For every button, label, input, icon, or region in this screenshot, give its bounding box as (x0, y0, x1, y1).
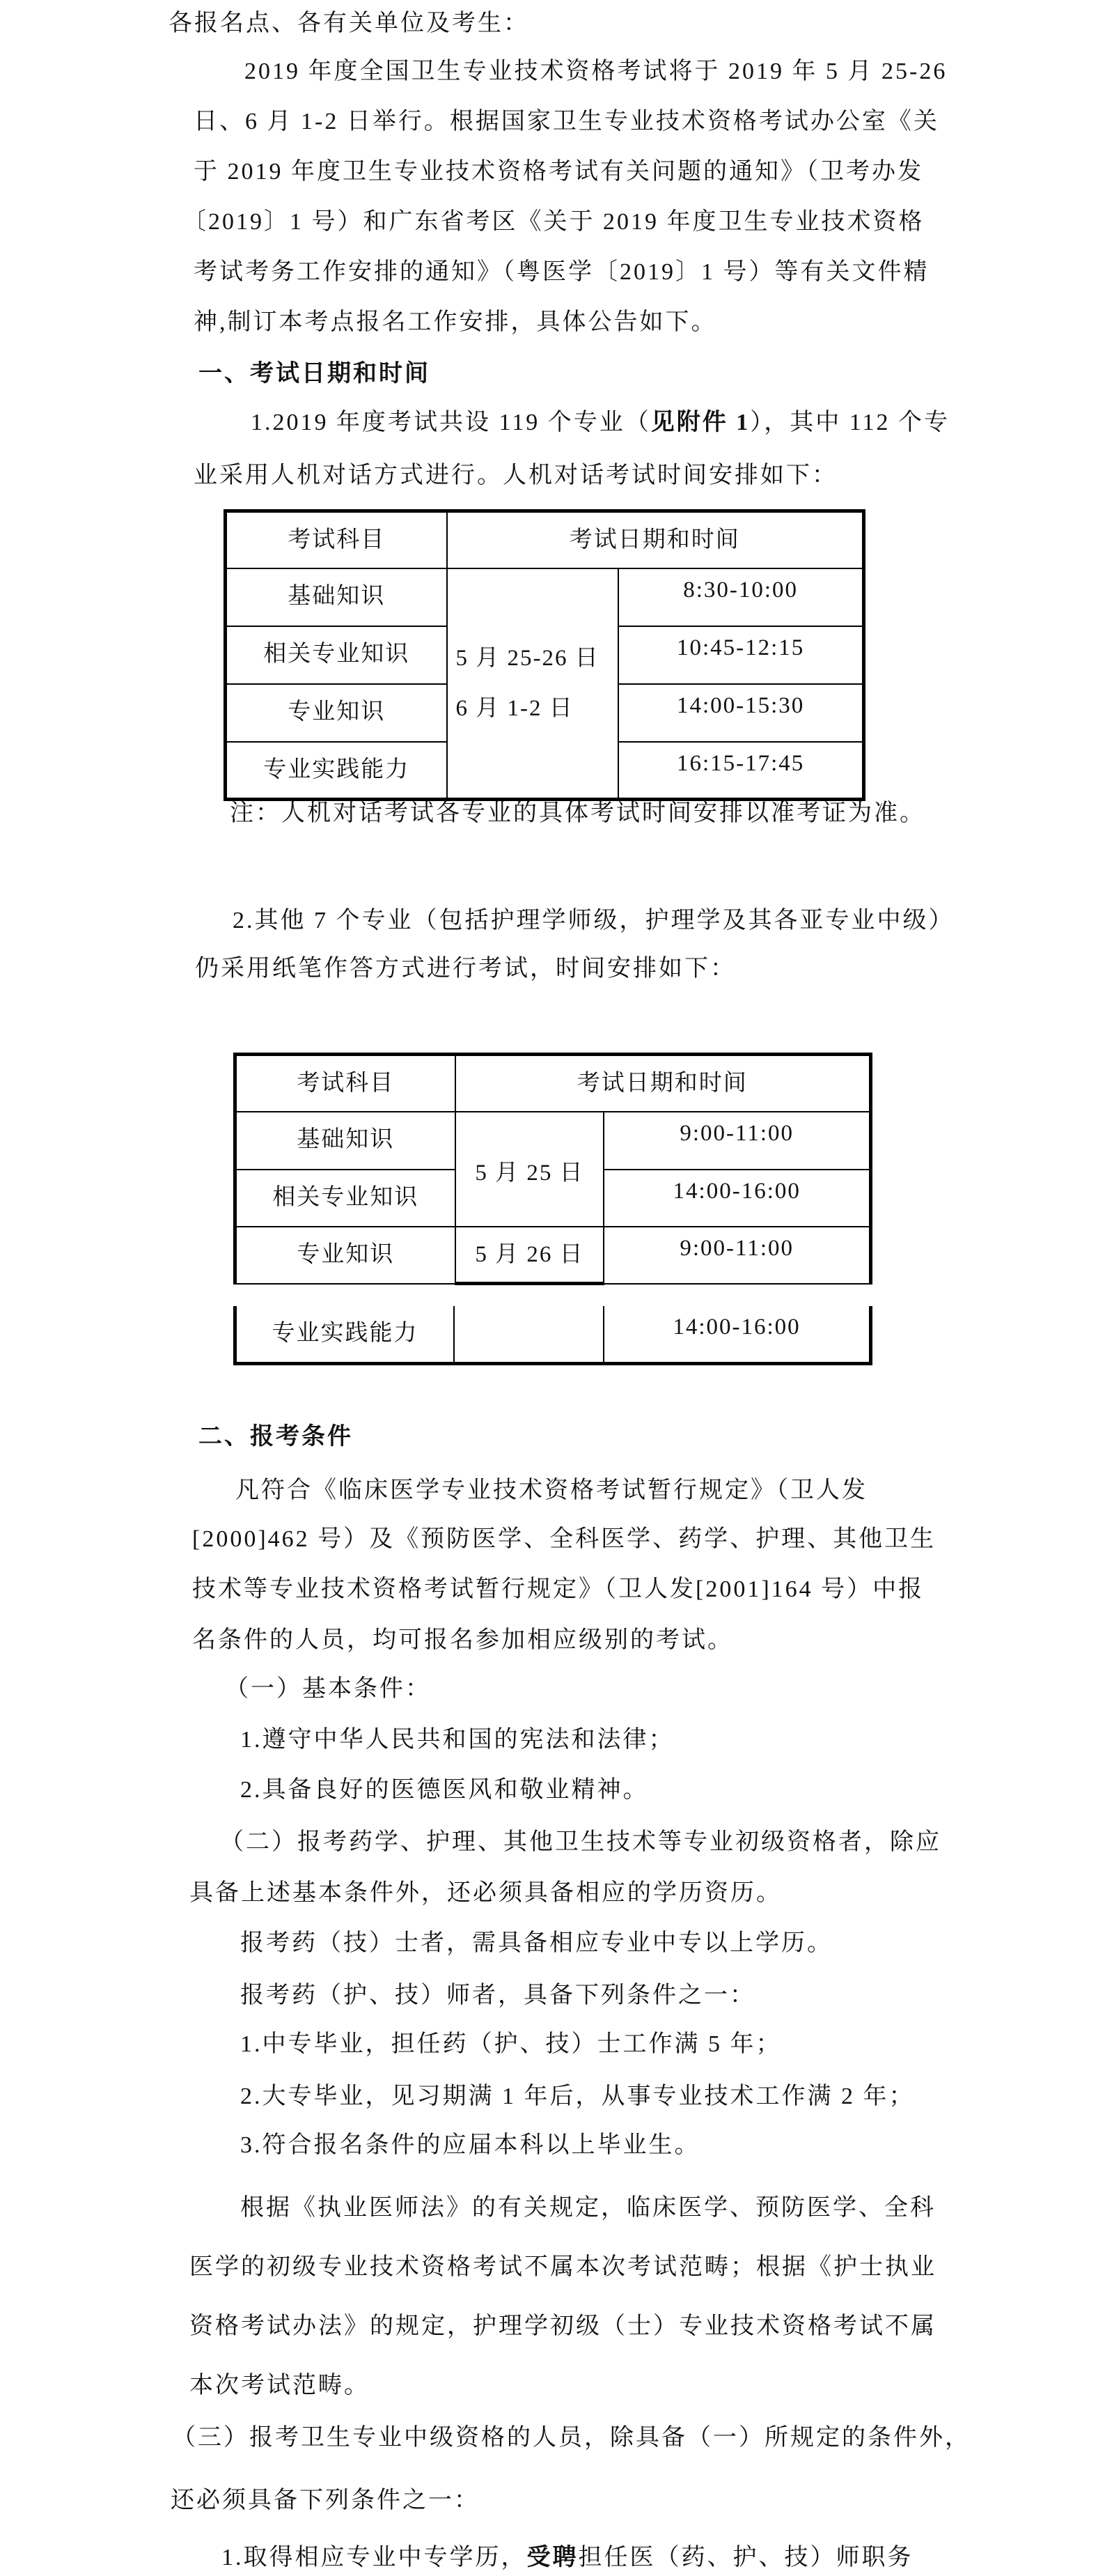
time-cell: 14:00-16:00 (604, 1170, 870, 1227)
subject-cell: 相关专业知识 (235, 1170, 455, 1227)
date-line: 5 月 25-26 日 (456, 633, 618, 683)
para2-line1: 2.其他 7 个专业（包括护理学师级，护理学及其各亚专业中级） (233, 906, 955, 936)
mid-item-bold: 受聘 (527, 2545, 579, 2570)
mid-item-text-a: 1.取得相应专业中专学历， (221, 2545, 527, 2570)
time-cell: 9:00-11:00 (604, 1112, 870, 1170)
table-header-row: 考试科目 考试日期和时间 (235, 1055, 871, 1112)
law-line: 本次考试范畴。 (189, 2371, 370, 2401)
date-cell (455, 1306, 604, 1362)
junior-conditions-line: 具备上述基本条件外，还必须具备相应的学历资历。 (189, 1878, 782, 1909)
intro-line: 于 2019 年度卫生专业技术资格考试有关问题的通知》（卫考办发 (194, 157, 923, 187)
intro-line: 日、6 月 1-2 日举行。根据国家卫生专业技术资格考试办公室《关 (194, 107, 939, 137)
subject-cell: 基础知识 (226, 568, 447, 626)
time-cell: 14:00-15:30 (618, 684, 863, 742)
time-cell: 10:45-12:15 (618, 626, 863, 684)
section-heading-eligibility: 二、报考条件 (198, 1422, 353, 1452)
time-cell: 9:00-11:00 (604, 1227, 870, 1284)
basic-condition-item: 2.具备良好的医德医风和敬业精神。 (240, 1775, 649, 1806)
shi2-item: 1.中专毕业，担任药（护、技）士工作满 5 年； (240, 2029, 782, 2060)
para1-text-a: 1.2019 年度考试共设 119 个专业（ (251, 410, 651, 435)
header-subject: 考试科目 (235, 1055, 455, 1112)
mid-level-line: 还必须具备下列条件之一： (171, 2485, 480, 2516)
date-line: 6 月 1-2 日 (456, 683, 618, 734)
time-cell: 16:15-17:45 (618, 742, 863, 800)
basic-condition-item: 1.遵守中华人民共和国的宪法和法律； (240, 1725, 675, 1755)
time-cell: 14:00-16:00 (604, 1306, 869, 1362)
header-datetime: 考试日期和时间 (455, 1055, 871, 1112)
para1-line1: 1.2019 年度考试共设 119 个专业（见附件 1），其中 112 个专 (251, 408, 950, 438)
paper-exam-table-continued-row: 专业实践能力 14:00-16:00 (233, 1306, 872, 1365)
para2-line2: 仍采用纸笔作答方式进行考试，时间安排如下： (195, 954, 736, 984)
table-header-row: 考试科目 考试日期和时间 (226, 511, 864, 568)
basic-conditions-heading: （一）基本条件： (225, 1674, 431, 1705)
paper-exam-schedule-table: 考试科目 考试日期和时间 基础知识 5 月 25 日 9:00-11:00 相关… (233, 1053, 872, 1285)
mid-level-line: （三）报考卫生专业中级资格的人员，除具备（一）所规定的条件外， (172, 2423, 971, 2453)
date-cell: 5 月 25-26 日 6 月 1-2 日 (447, 568, 619, 800)
date-cell: 5 月 25 日 (455, 1112, 604, 1227)
subject-cell: 专业知识 (235, 1227, 455, 1284)
mid-level-item: 1.取得相应专业中专学历，受聘担任医（药、护、技）师职务 (221, 2543, 914, 2573)
header-datetime: 考试日期和时间 (447, 511, 864, 568)
attachment-reference: 见附件 1 (651, 410, 751, 435)
law-line: 根据《执业医师法》的有关规定，临床医学、预防医学、全科 (240, 2193, 936, 2224)
shi-requirement: 报考药（技）士者，需具备相应专业中专以上学历。 (240, 1928, 833, 1959)
subject-cell: 基础知识 (235, 1112, 455, 1170)
intro-line: 2019 年度全国卫生专业技术资格考试将于 2019 年 5 月 25-26 (244, 56, 947, 87)
table-note: 注：人机对话考试各专业的具体考试时间安排以准考证为准。 (230, 798, 925, 829)
shi2-requirement: 报考药（护、技）师者，具备下列条件之一： (240, 1980, 755, 2011)
law-line: 医学的初级专业技术资格考试不属本次考试范畴；根据《护士执业 (189, 2252, 936, 2283)
section-heading-exam-dates: 一、考试日期和时间 (198, 359, 430, 389)
time-cell: 8:30-10:00 (618, 568, 863, 626)
eligibility-line: [2000]462 号）及《预防医学、全科医学、药学、护理、其他卫生 (192, 1524, 936, 1555)
subject-cell: 相关专业知识 (226, 626, 447, 684)
table-row: 基础知识 5 月 25 日 9:00-11:00 (235, 1112, 871, 1170)
eligibility-line: 技术等专业技术资格考试暂行规定》（卫人发[2001]164 号）中报 (192, 1574, 924, 1605)
intro-line: 考试考务工作安排的通知》（粤医学〔2019〕1 号）等有关文件精 (194, 257, 930, 288)
law-line: 资格考试办法》的规定，护理学初级（士）专业技术资格考试不属 (189, 2311, 936, 2342)
table-row: 基础知识 5 月 25-26 日 6 月 1-2 日 8:30-10:00 (226, 568, 864, 626)
para1-line2: 业采用人机对话方式进行。人机对话考试时间安排如下： (194, 460, 838, 491)
subject-cell: 专业知识 (226, 684, 447, 742)
subject-cell: 专业实践能力 (237, 1306, 455, 1362)
eligibility-line: 凡符合《临床医学专业技术资格考试暂行规定》（卫人发 (235, 1475, 868, 1506)
header-subject: 考试科目 (226, 511, 447, 568)
salutation: 各报名点、各有关单位及考生： (169, 8, 529, 39)
junior-conditions-line: （二）报考药学、护理、其他卫生技术等专业初级资格者，除应 (220, 1827, 941, 1858)
para1-text-b: ），其中 112 个专 (750, 410, 950, 435)
computer-exam-schedule-table: 考试科目 考试日期和时间 基础知识 5 月 25-26 日 6 月 1-2 日 … (224, 509, 865, 801)
intro-line: 神,制订本考点报名工作安排，具体公告如下。 (194, 307, 717, 338)
shi2-item: 3.符合报名条件的应届本科以上毕业生。 (240, 2130, 700, 2161)
table-row: 专业知识 5 月 26 日 9:00-11:00 (235, 1227, 871, 1284)
eligibility-line: 名条件的人员，均可报名参加相应级别的考试。 (192, 1625, 733, 1656)
shi2-item: 2.大专毕业，见习期满 1 年后，从事专业技术工作满 2 年； (240, 2081, 915, 2112)
date-cell: 5 月 26 日 (455, 1227, 604, 1284)
subject-cell: 专业实践能力 (226, 742, 447, 800)
mid-item-text-b: 担任医（药、护、技）师职务 (579, 2545, 914, 2570)
intro-line: 〔2019〕1 号）和广东省考区《关于 2019 年度卫生专业技术资格 (182, 207, 925, 238)
